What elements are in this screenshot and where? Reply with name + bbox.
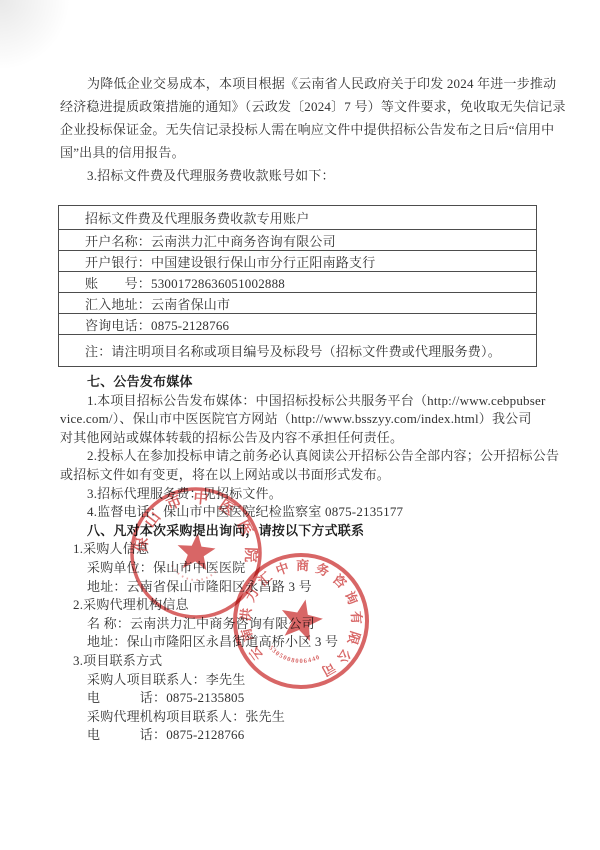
body-line: 4.监督电话：保山市中医医院纪检监察室 0875-2135177 bbox=[60, 503, 544, 522]
body-line: vice.com/）、保山市中医医院官方网站（http://www.bsszyy… bbox=[60, 410, 544, 429]
body-line: 电 话：0875-2135805 bbox=[60, 689, 544, 708]
intro-line: 为降低企业交易成本，本项目根据《云南省人民政府关于印发 2024 年进一步推动 bbox=[60, 72, 544, 95]
body-line: 3.项目联系方式 bbox=[60, 652, 544, 671]
body-text: 七、公告发布媒体1.本项目招标公告发布媒体：中国招标投标公共服务平台（http:… bbox=[60, 373, 544, 745]
body-line: 地址：保山市隆阳区永昌街道高桥小区 3 号 bbox=[60, 633, 544, 652]
body-line: 采购代理机构项目联系人：张先生 bbox=[60, 708, 544, 727]
account-table-row: 开户银行：中国建设银行保山市分行正阳南路支行 bbox=[59, 251, 536, 272]
body-line: 2.投标人在参加投标申请之前务必认真阅读公开招标公告全部内容；公开招标公告 bbox=[60, 447, 544, 466]
body-line: 电 话：0875-2128766 bbox=[60, 726, 544, 745]
body-line: 或招标文件如有变更，将在以上网站或以书面形式发布。 bbox=[60, 466, 544, 485]
account-table-row: 账 号：53001728636051002888 bbox=[59, 272, 536, 293]
intro-paragraph: 为降低企业交易成本，本项目根据《云南省人民政府关于印发 2024 年进一步推动经… bbox=[60, 72, 544, 187]
account-table: 招标文件费及代理服务费收款专用账户开户名称：云南洪力汇中商务咨询有限公司开户银行… bbox=[58, 205, 537, 367]
body-line: 采购人项目联系人：李先生 bbox=[60, 671, 544, 690]
account-table-row: 招标文件费及代理服务费收款专用账户 bbox=[59, 206, 536, 230]
intro-line: 企业投标保证金。无失信记录投标人需在响应文件中提供招标公告发布之日后“信用中 bbox=[60, 118, 544, 141]
intro-line: 国”出具的信用报告。 bbox=[60, 141, 544, 164]
account-table-row: 咨询电话：0875-2128766 bbox=[59, 314, 536, 335]
body-line: 3.招标代理服务费：见招标文件。 bbox=[60, 485, 544, 504]
body-line: 对其他网站或媒体转载的招标公告及内容不承担任何责任。 bbox=[60, 429, 544, 448]
intro-line: 经济稳进提质政策措施的通知》（云政发〔2024〕7 号）等文件要求，免收取无失信… bbox=[60, 95, 544, 118]
account-table-row: 开户名称：云南洪力汇中商务咨询有限公司 bbox=[59, 230, 536, 251]
account-table-row: 注：请注明项目名称或项目编号及标段号（招标文件费或代理服务费）。 bbox=[59, 335, 536, 366]
body-line: 八、凡对本次采购提出询问，请按以下方式联系 bbox=[60, 522, 544, 541]
body-line: 七、公告发布媒体 bbox=[60, 373, 544, 392]
body-line: 地址：云南省保山市隆阳区永昌路 3 号 bbox=[60, 578, 544, 597]
body-line: 1.采购人信息 bbox=[60, 540, 544, 559]
intro-line: 3.招标文件费及代理服务费收款账号如下： bbox=[60, 164, 544, 187]
body-line: 名 称：云南洪力汇中商务咨询有限公司 bbox=[60, 615, 544, 634]
body-line: 1.本项目招标公告发布媒体：中国招标投标公共服务平台（http://www.ce… bbox=[60, 392, 544, 411]
body-line: 2.采购代理机构信息 bbox=[60, 596, 544, 615]
body-line: 采购单位：保山市中医医院 bbox=[60, 559, 544, 578]
document-page: 为降低企业交易成本，本项目根据《云南省人民政府关于印发 2024 年进一步推动经… bbox=[0, 0, 600, 850]
account-table-row: 汇入地址：云南省保山市 bbox=[59, 293, 536, 314]
